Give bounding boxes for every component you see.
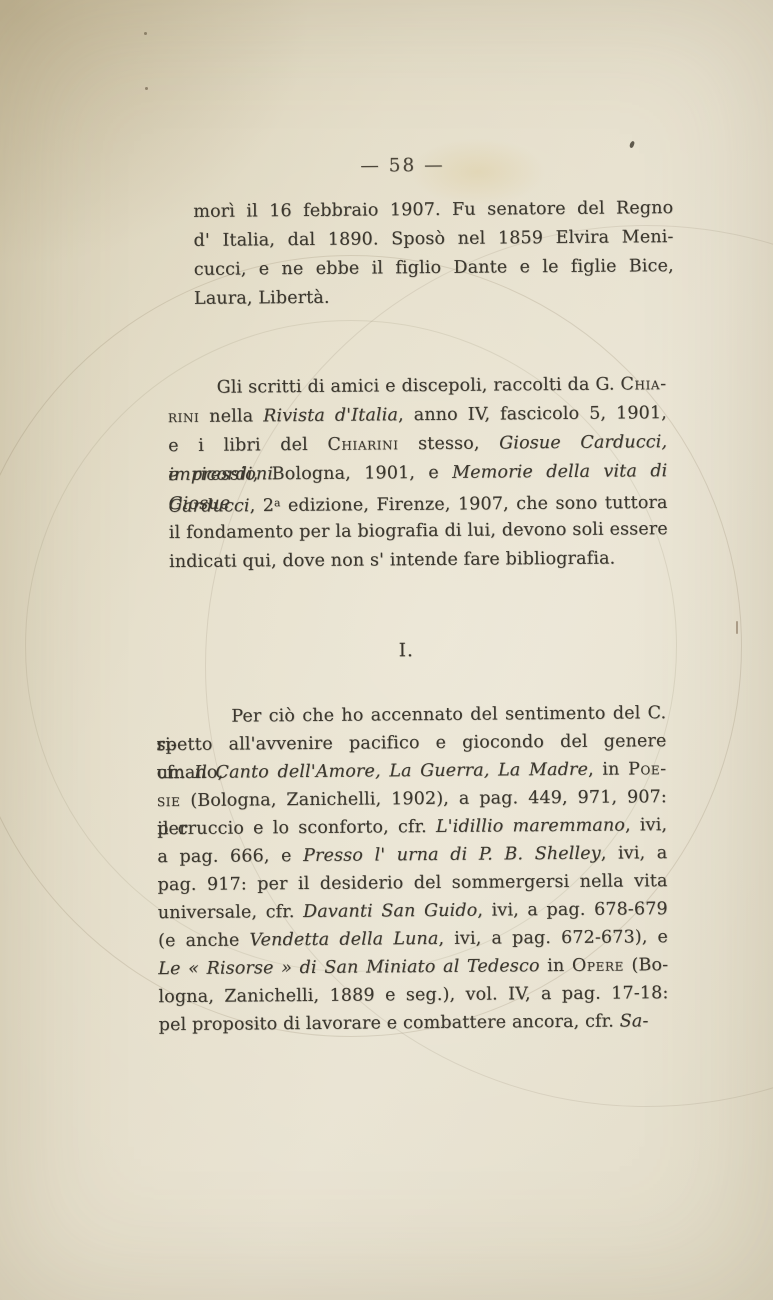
body-text: , 2 [250,496,275,516]
body-text: universale, cfr. [158,902,303,923]
body-text: , anno IV, fascicolo 5, 1901, [398,403,667,425]
italic-text: Vendetta della Luna [249,929,438,950]
italic-text: Le « Risorse » di San Miniato al Tedesco [158,956,539,979]
page-text-area: — 58 — I. morì il 16 febbraio 1907. Fu s… [0,0,773,1300]
small-caps-text: Chia- [620,374,666,394]
body-text: il fondamento per la biografia di lui, d… [169,519,668,543]
body-text: d' Italia, dal 1890. Sposò nel 1859 Elvi… [193,227,673,251]
body-text: , ivi, [625,815,667,835]
body-text: Gli scritti di amici e discepoli, raccol… [217,375,621,398]
italic-text: Carducci [169,496,250,517]
paragraph-biography-continuation: morì il 16 febbraio 1907. Fu senatore de… [193,194,674,314]
text-line: cfr. Il Canto dell'Amore, La Guerra, La … [157,755,667,787]
body-text: , Bologna, 1901, e [253,463,453,485]
body-text: in [540,956,572,976]
text-line: Carducci, 2a edizione, Firenze, 1907, ch… [169,486,668,519]
italic-text: L'idillio maremmano [436,815,625,836]
body-text: a pag. 666, e [157,846,303,867]
text-line: e i libri del Chiarini stesso, Giosue Ca… [168,428,667,461]
text-line: pag. 917: per il desiderio del sommerger… [157,867,667,899]
italic-text: Sa- [620,1011,649,1031]
text-line: il cruccio e lo sconforto, cfr. L'idilli… [157,811,667,843]
body-text: , ivi, a [601,843,668,864]
small-caps-text: rini [168,407,200,427]
text-line: rini nella Rivista d'Italia, anno IV, fa… [168,399,667,432]
body-text: stesso, [398,433,499,454]
body-text: pel proposito di lavorare e combattere a… [159,1012,620,1036]
italic-text: Il Canto dell'Amore, La Guerra, La Madre [194,760,588,783]
body-text: , ivi, a pag. 672-673), e [438,927,668,949]
text-line: universale, cfr. Davanti San Guido, ivi,… [158,895,668,927]
paragraph-section-one-notes: Per ciò che ho accennato del sentimento … [156,699,669,1039]
text-line: logna, Zanichelli, 1889 e seg.), vol. IV… [158,979,668,1011]
body-text: , ivi, a pag. 678-679 [477,899,668,920]
body-text: indicati qui, dove non s' intende fare b… [169,549,615,573]
italic-text: Presso l' urna di P. B. Shelley [303,844,601,866]
small-caps-text: sie [157,791,181,811]
body-text: , in [588,759,628,779]
body-text: Laura, Libertà. [194,288,330,309]
text-line: a pag. 666, e Presso l' urna di P. B. Sh… [157,839,667,871]
page-number: — 58 — [150,153,655,178]
text-line: morì il 16 febbraio 1907. Fu senatore de… [193,194,673,227]
small-caps-text: Opere [572,956,624,976]
small-caps-text: Poe- [628,759,667,779]
paragraph-bibliographical-note: Gli scritti di amici e discepoli, raccol… [168,370,669,577]
text-line: Laura, Libertà. [194,281,674,314]
body-text: (e anche [158,930,250,951]
text-line: spetto all'avvenire pacifico e giocondo … [156,727,666,759]
body-text: nella [199,406,263,427]
text-line: Per ciò che ho accennato del sentimento … [156,699,666,731]
text-line: sie (Bologna, Zanichelli, 1902), a pag. … [157,783,667,815]
text-line: cucci, e ne ebbe il figlio Dante e le fi… [194,252,674,285]
text-line: indicati qui, dove non s' intende fare b… [169,544,668,577]
body-text: (Bo- [624,955,668,975]
body-text: pag. 917: per il desiderio del sommerger… [158,871,668,895]
text-line: Gli scritti di amici e discepoli, raccol… [168,370,667,403]
italic-text: e ricordi [168,464,252,485]
text-line: il fondamento per la biografia di lui, d… [169,515,668,548]
body-text: il cruccio e lo sconforto, cfr. [157,817,436,839]
body-text: logna, Zanichelli, 1889 e seg.), vol. IV… [158,983,668,1007]
small-caps-text: Chiarini [327,434,398,455]
italic-text: Rivista d'Italia [263,405,398,426]
text-line: (e anche Vendetta della Luna, ivi, a pag… [158,923,668,955]
text-line: Le « Risorse » di San Miniato al Tedesco… [158,951,668,983]
italic-text: Davanti San Guido [303,901,477,922]
text-block: morì il 16 febbraio 1907. Fu senatore de… [0,0,772,3]
text-line: e ricordi, Bologna, 1901, e Memorie dell… [168,457,667,490]
text-line: pel proposito di lavorare e combattere a… [159,1007,669,1039]
body-text: cucci, e ne ebbe il figlio Dante e le fi… [194,256,674,280]
scanned-book-page: — 58 — I. morì il 16 febbraio 1907. Fu s… [0,0,773,1300]
body-text: edizione, Firenze, 1907, che sono tuttor… [280,493,667,516]
body-text: cfr. [157,763,195,783]
body-text: e i libri del [168,435,327,456]
text-line: d' Italia, dal 1890. Sposò nel 1859 Elvi… [193,223,673,256]
section-heading: I. [154,638,659,663]
body-text: morì il 16 febbraio 1907. Fu senatore de… [193,198,673,222]
